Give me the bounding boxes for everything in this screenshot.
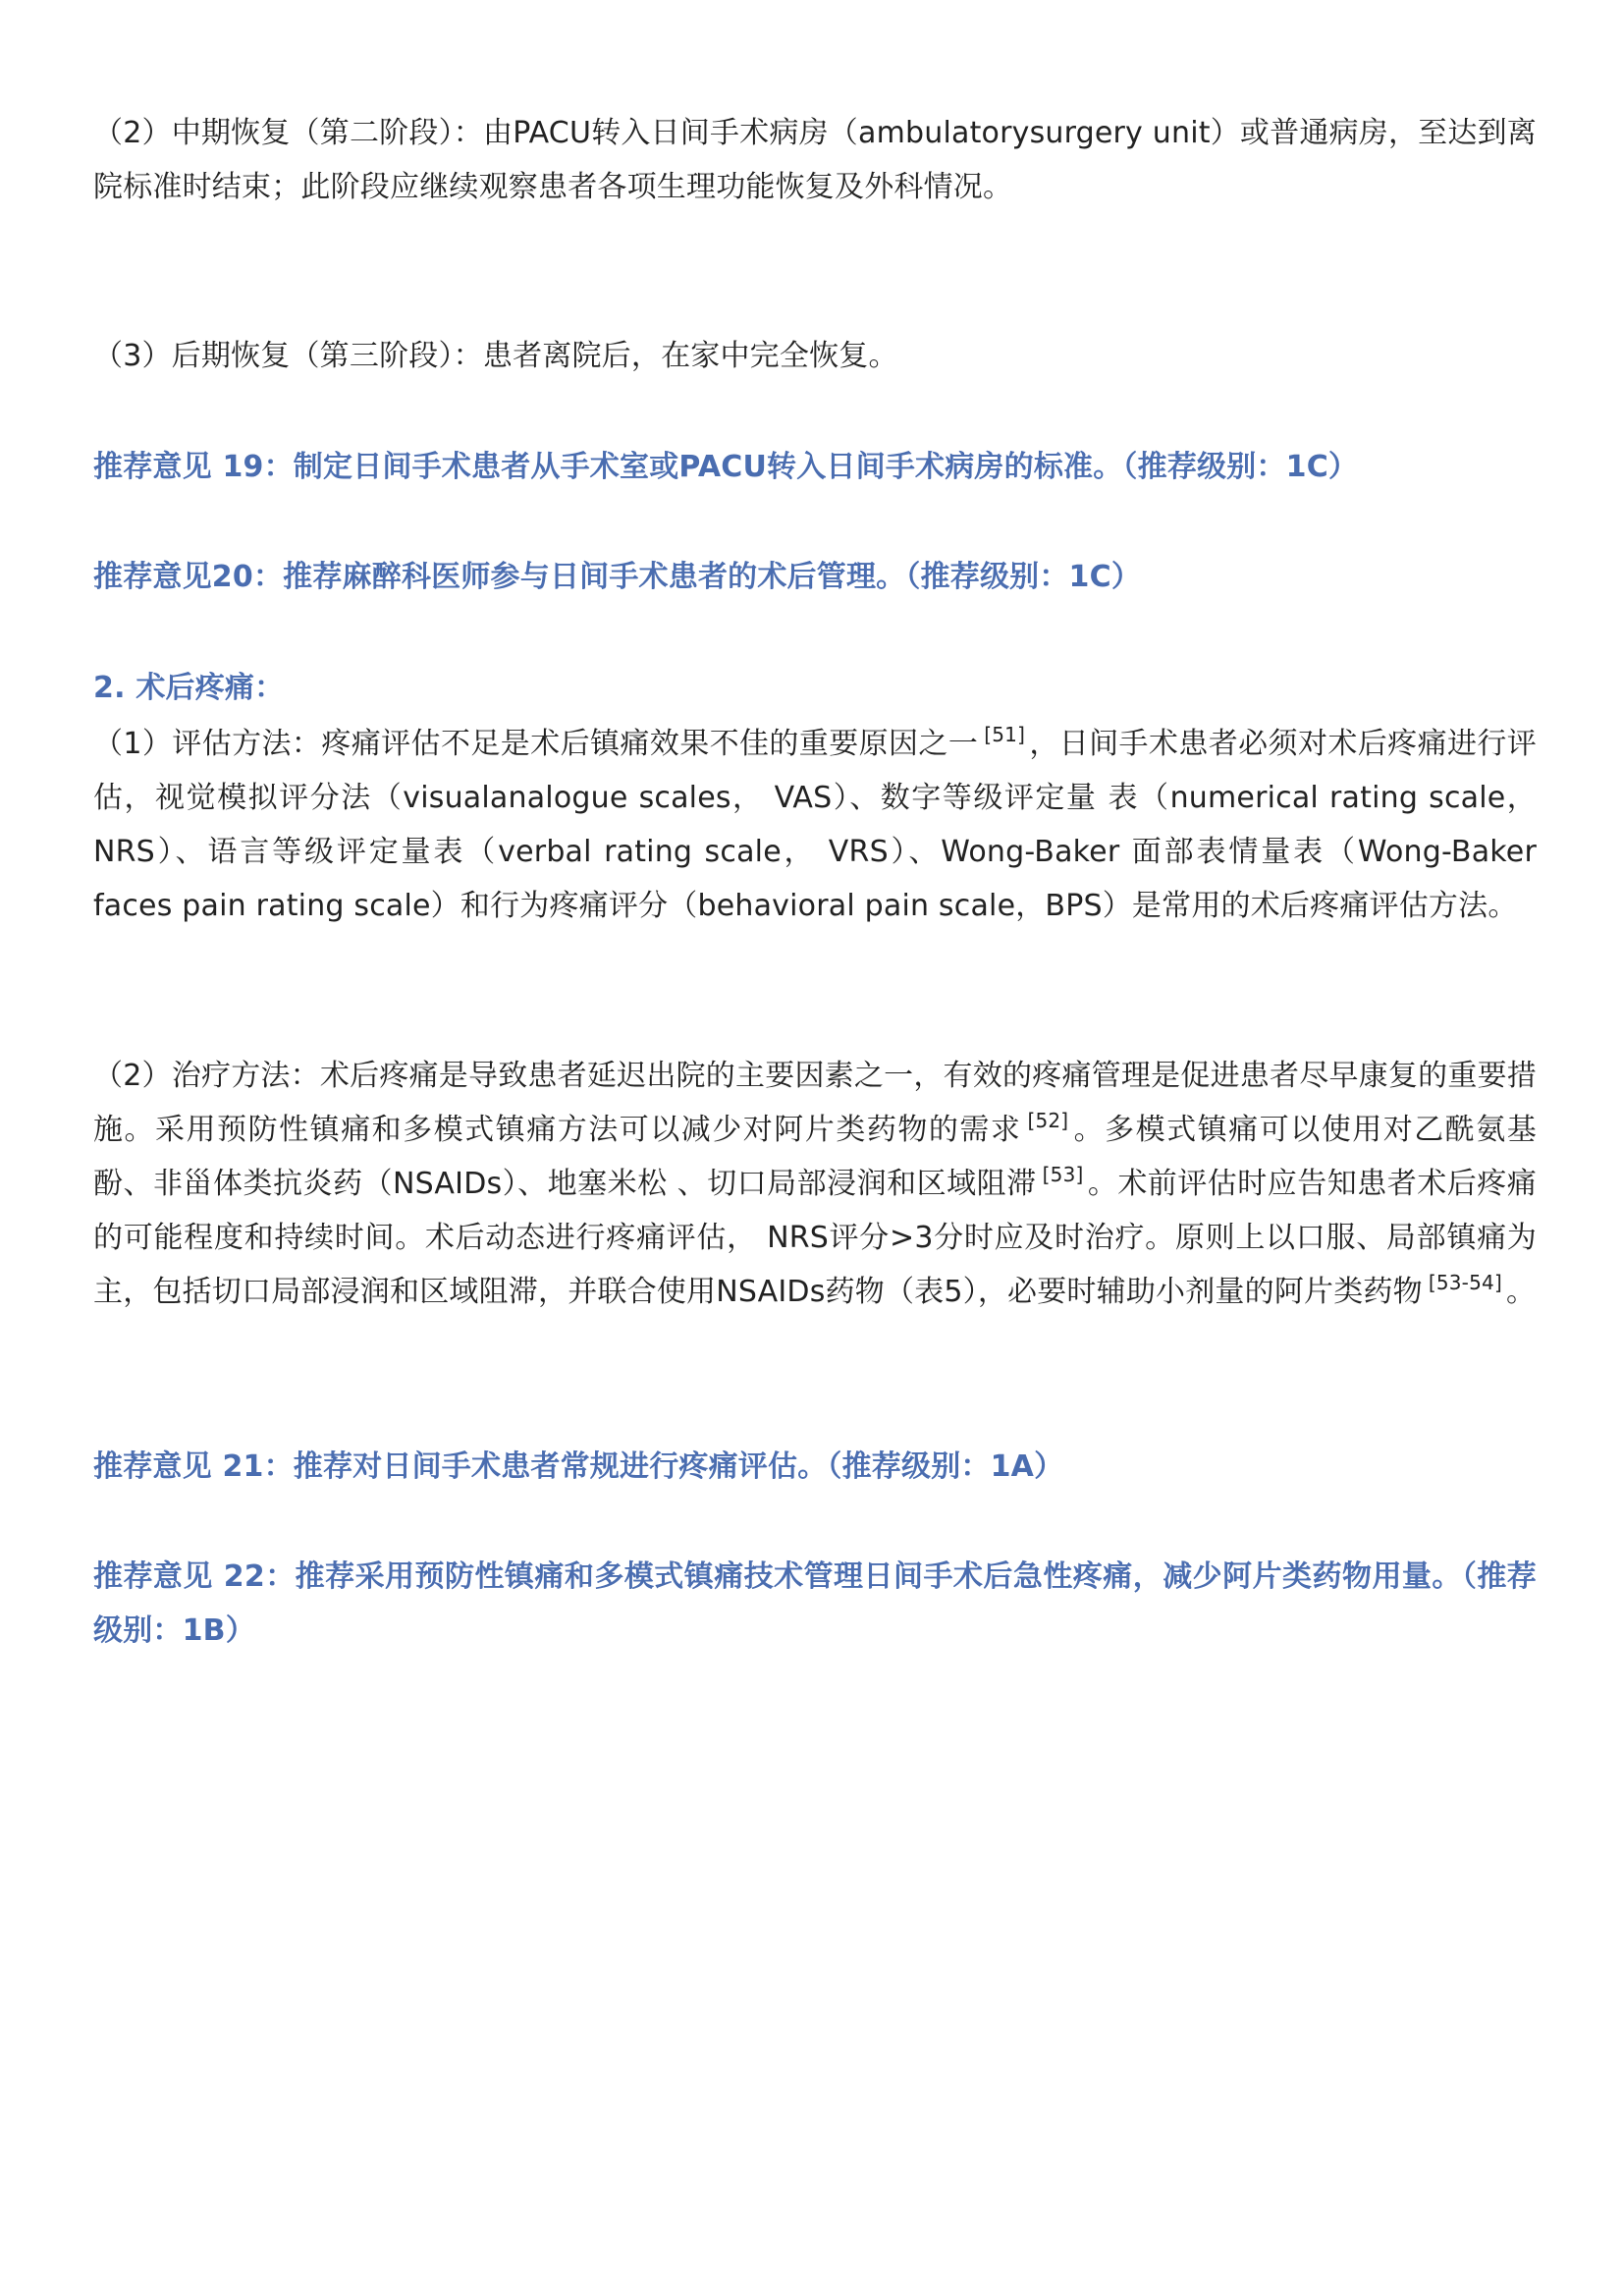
pain-treatment-paragraph: （2）治疗方法：术后疼痛是导致患者延迟出院的主要因素之一，有效的疼痛管理是促进患…: [93, 1049, 1537, 1319]
pain-treatment-text-4: 。: [1506, 1275, 1536, 1309]
recovery-stage3-paragraph: （3）后期恢复（第三阶段）：患者离院后，在家中完全恢复。: [93, 329, 1537, 383]
pain-treatment-block: （2）治疗方法：术后疼痛是导致患者延迟出院的主要因素之一，有效的疼痛管理是促进患…: [93, 1049, 1537, 1319]
recommendation-22: 推荐意见 22：推荐采用预防性镇痛和多模式镇痛技术管理日间手术后急性疼痛，减少阿…: [93, 1550, 1537, 1658]
citation-53[interactable]: [53]: [1043, 1163, 1084, 1186]
citation-51[interactable]: [51]: [984, 723, 1025, 746]
recommendation-20-block: 推荐意见20：推荐麻醉科医师参与日间手术患者的术后管理。（推荐级别：1C）: [93, 550, 1537, 604]
recovery-stage3-block: （3）后期恢复（第三阶段）：患者离院后，在家中完全恢复。: [93, 329, 1537, 383]
section-2-heading: 2. 术后疼痛：: [93, 661, 1537, 715]
pain-assessment-block: （1）评估方法：疼痛评估不足是术后镇痛效果不佳的重要原因之一[51]，日间手术患…: [93, 717, 1537, 933]
pain-assessment-text-1: （1）评估方法：疼痛评估不足是术后镇痛效果不佳的重要原因之一: [93, 727, 978, 761]
recommendation-21: 推荐意见 21：推荐对日间手术患者常规进行疼痛评估。（推荐级别：1A）: [93, 1440, 1537, 1494]
recommendation-19: 推荐意见 19：制定日间手术患者从手术室或PACU转入日间手术病房的标准。（推荐…: [93, 440, 1537, 494]
recommendation-22-block: 推荐意见 22：推荐采用预防性镇痛和多模式镇痛技术管理日间手术后急性疼痛，减少阿…: [93, 1550, 1537, 1658]
pain-assessment-paragraph: （1）评估方法：疼痛评估不足是术后镇痛效果不佳的重要原因之一[51]，日间手术患…: [93, 717, 1537, 933]
recovery-stage2-block: （2）中期恢复（第二阶段）：由PACU转入日间手术病房（ambulatorysu…: [93, 106, 1537, 214]
citation-52[interactable]: [52]: [1027, 1109, 1068, 1132]
section-2-heading-block: 2. 术后疼痛：: [93, 661, 1537, 715]
recommendation-19-block: 推荐意见 19：制定日间手术患者从手术室或PACU转入日间手术病房的标准。（推荐…: [93, 440, 1537, 494]
recommendation-20: 推荐意见20：推荐麻醉科医师参与日间手术患者的术后管理。（推荐级别：1C）: [93, 550, 1537, 604]
recovery-stage2-paragraph: （2）中期恢复（第二阶段）：由PACU转入日间手术病房（ambulatorysu…: [93, 106, 1537, 214]
citation-53-54[interactable]: [53-54]: [1429, 1271, 1502, 1294]
recommendation-21-block: 推荐意见 21：推荐对日间手术患者常规进行疼痛评估。（推荐级别：1A）: [93, 1440, 1537, 1494]
